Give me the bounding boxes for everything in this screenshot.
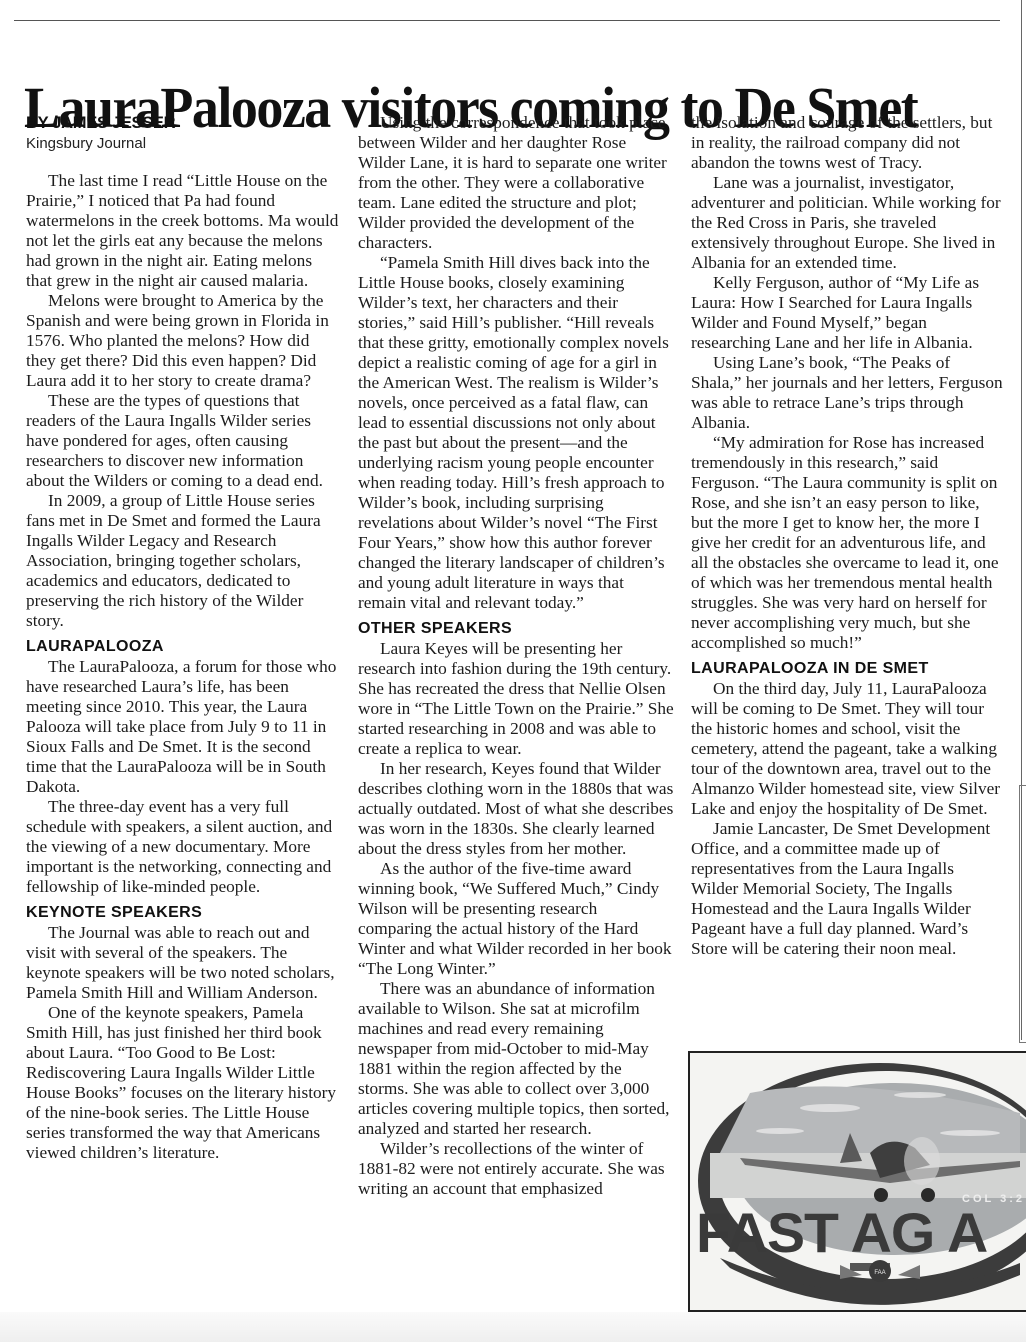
column-2-body: Using the correspondence that took place… (358, 113, 674, 1199)
article-paragraph: the isolation and courage of the settler… (691, 113, 1003, 173)
section-subhead: KEYNOTE SPEAKERS (26, 903, 340, 923)
article-paragraph: Using the correspondence that took place… (358, 113, 674, 253)
article-paragraph: “My admiration for Rose has increased tr… (691, 433, 1003, 653)
article-column-1: BY JAMES JESSER Kingsbury Journal The la… (26, 113, 340, 1163)
adjacent-article-box-edge (1019, 785, 1026, 1043)
article-paragraph: There was an abundance of information av… (358, 979, 674, 1139)
article-paragraph: The last time I read “Little House on th… (26, 171, 340, 291)
article-paragraph: “Pamela Smith Hill dives back into the L… (358, 253, 674, 613)
column-3-body: the isolation and courage of the settler… (691, 113, 1003, 959)
article-paragraph: Laura Keyes will be presenting her resea… (358, 639, 674, 759)
article-paragraph: Kelly Ferguson, author of “My Life as La… (691, 273, 1003, 353)
article-paragraph: The three-day event has a very full sche… (26, 797, 340, 897)
article-column-3: the isolation and courage of the settler… (691, 113, 1003, 959)
article-paragraph: Wilder’s recollections of the winter of … (358, 1139, 674, 1199)
byline: BY JAMES JESSER (26, 113, 340, 133)
article-paragraph: Lane was a journalist, investigator, adv… (691, 173, 1003, 273)
top-rule (14, 20, 1000, 21)
section-subhead: LAURAPALOOZA (26, 637, 340, 657)
byline-source: Kingsbury Journal (26, 133, 340, 154)
article-paragraph: One of the keynote speakers, Pamela Smit… (26, 1003, 340, 1163)
article-paragraph: On the third day, July 11, LauraPalooza … (691, 679, 1003, 819)
section-subhead: LAURAPALOOZA IN DE SMET (691, 659, 1003, 679)
article-paragraph: Melons were brought to America by the Sp… (26, 291, 340, 391)
article-paragraph: Using Lane’s book, “The Peaks of Shala,”… (691, 353, 1003, 433)
svg-text:FAA: FAA (874, 1270, 885, 1276)
article-paragraph: In her research, Keyes found that Wilder… (358, 759, 674, 859)
column-1-body: The last time I read “Little House on th… (26, 171, 340, 1163)
airplane-icon: FAA (690, 1053, 1026, 1310)
article-paragraph: In 2009, a group of Little House series … (26, 491, 340, 631)
article-paragraph: Jamie Lancaster, De Smet Development Off… (691, 819, 1003, 959)
section-subhead: OTHER SPEAKERS (358, 619, 674, 639)
article-column-2: Using the correspondence that took place… (358, 113, 674, 1199)
article-paragraph: These are the types of questions that re… (26, 391, 340, 491)
ad-title: FAST AG A (696, 1205, 987, 1261)
article-paragraph: As the author of the five-time award win… (358, 859, 674, 979)
article-paragraph: The LauraPalooza, a forum for those who … (26, 657, 340, 797)
advertisement-fast-ag[interactable]: FAA COL 3:2 FAST AG A (688, 1051, 1026, 1312)
page-bottom-fade (0, 1312, 1026, 1342)
article-paragraph: The Journal was able to reach out and vi… (26, 923, 340, 1003)
